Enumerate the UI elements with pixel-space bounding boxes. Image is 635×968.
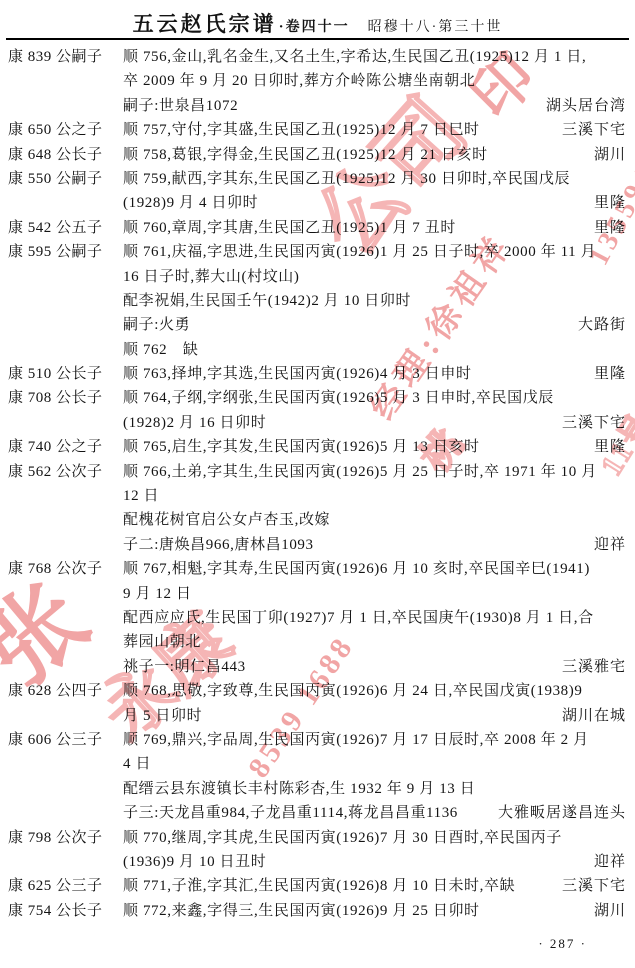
residence-place-label: 湖头居台湾	[546, 94, 626, 118]
record-text: 祧子一:明仁昌443	[123, 655, 246, 679]
record-row: 康 708 公长子 顺 764,子纲,字纲张,生民国丙寅(1926)5 月 3 …	[0, 386, 635, 410]
residence-place-label: 湖川	[594, 899, 626, 923]
record-row: (1936)9 月 10 日丑时 迎祥	[0, 850, 635, 874]
record-text: 顺 770,继周,字其虎,生民国丙寅(1926)7 月 30 日酉时,卒民国丙子	[123, 826, 562, 850]
father-reference-label: 康 550 公嗣子	[8, 167, 103, 191]
record-row: 4 日	[0, 752, 635, 776]
residence-place-label: 里隆	[594, 362, 626, 386]
record-text: 配槐花树官启公女卢杏玉,改嫁	[123, 508, 330, 532]
record-row: 康 550 公嗣子 顺 759,献西,字其东,生民国乙丑(1925)12 月 3…	[0, 167, 635, 191]
genealogy-page: 五云赵氏宗谱·卷四十一昭穆十八·第三十世 康 839 公嗣子 顺 756,金山,…	[0, 0, 635, 968]
record-row: 康 595 公嗣子 顺 761,庆福,字思进,生民国丙寅(1926)1 月 25…	[0, 240, 635, 264]
father-reference-label: 康 628 公四子	[8, 679, 103, 703]
record-row: 康 542 公五子 顺 760,章周,字其唐,生民国乙丑(1925)1 月 7 …	[0, 216, 635, 240]
record-text: 顺 771,子淮,字其汇,生民国丙寅(1926)8 月 10 日未时,卒缺	[123, 874, 515, 898]
father-reference-label: 康 562 公次子	[8, 460, 103, 484]
record-row: 康 648 公长子 顺 758,葛银,字得金,生民国乙丑(1925)12 月 2…	[0, 143, 635, 167]
record-row: 康 562 公次子 顺 766,土弟,字其生,生民国丙寅(1926)5 月 25…	[0, 460, 635, 484]
record-text: 顺 761,庆福,字思进,生民国丙寅(1926)1 月 25 日子时,卒 200…	[123, 240, 596, 264]
record-row: 12 日	[0, 484, 635, 508]
record-text: 葬园山朝北	[123, 630, 201, 654]
record-row: 康 510 公长子 顺 763,择坤,字其选,生民国丙寅(1926)4 月 3 …	[0, 362, 635, 386]
father-reference-label: 康 606 公三子	[8, 728, 103, 752]
record-row: 康 628 公四子 顺 768,思敬,字致尊,生民国丙寅(1926)6 月 24…	[0, 679, 635, 703]
record-row: 葬园山朝北	[0, 630, 635, 654]
record-row: 康 650 公之子 顺 757,守付,字其盛,生民国乙丑(1925)12 月 7…	[0, 118, 635, 142]
residence-place-label: 三溪下宅	[562, 874, 626, 898]
residence-place-label: 迎祥	[594, 533, 626, 557]
residence-place-label: 湖川	[594, 143, 626, 167]
record-text: 嗣子:世泉昌1072	[123, 94, 238, 118]
record-text: 顺 756,金山,乳名金生,又名土生,字希达,生民国乙丑(1925)12 月 1…	[123, 45, 586, 69]
record-row: 康 740 公之子 顺 765,启生,字其发,生民国丙寅(1926)5 月 13…	[0, 435, 635, 459]
father-reference-label: 康 768 公次子	[8, 557, 103, 581]
record-text: 顺 765,启生,字其发,生民国丙寅(1926)5 月 13 日亥时	[123, 435, 480, 459]
record-text: 配缙云县东渡镇长丰村陈彩杏,生 1932 年 9 月 13 日	[123, 777, 475, 801]
residence-place-label: 大路街	[578, 313, 626, 337]
record-row: 康 768 公次子 顺 767,相魁,字其寿,生民国丙寅(1926)6 月 10…	[0, 557, 635, 581]
father-reference-label: 康 595 公嗣子	[8, 240, 103, 264]
father-reference-label: 康 648 公长子	[8, 143, 103, 167]
record-row: 子三:天龙昌重984,子龙昌重1114,蒋龙昌昌重1136 大雅畈居遂昌连头	[0, 801, 635, 825]
record-text: 顺 759,献西,字其东,生民国乙丑(1925)12 月 30 日卯时,卒民国戊…	[123, 167, 570, 191]
record-text: 月 5 日卯时	[123, 704, 202, 728]
record-row: 祧子一:明仁昌443 三溪雅宅	[0, 655, 635, 679]
record-text: 卒 2009 年 9 月 20 日卯时,葬方介岭陈公塘坐南朝北	[123, 69, 475, 93]
record-text: (1936)9 月 10 日丑时	[123, 850, 266, 874]
record-row: 康 606 公三子 顺 769,鼎兴,字品周,生民国丙寅(1926)7 月 17…	[0, 728, 635, 752]
father-reference-label: 康 708 公长子	[8, 386, 103, 410]
record-row: 配李祝娟,生民国壬午(1942)2 月 10 日卯时	[0, 289, 635, 313]
page-header: 五云赵氏宗谱·卷四十一昭穆十八·第三十世	[0, 8, 635, 38]
record-text: 顺 764,子纲,字纲张,生民国丙寅(1926)5 月 3 日申时,卒民国戊辰	[123, 386, 554, 410]
record-text: 配李祝娟,生民国壬午(1942)2 月 10 日卯时	[123, 289, 411, 313]
record-row: (1928)9 月 4 日卯时 里隆	[0, 191, 635, 215]
record-text: 子二:唐焕昌966,唐林昌1093	[123, 533, 314, 557]
record-row: 卒 2009 年 9 月 20 日卯时,葬方介岭陈公塘坐南朝北	[0, 69, 635, 93]
record-text: 顺 757,守付,字其盛,生民国乙丑(1925)12 月 7 日巳时	[123, 118, 480, 142]
record-row: 康 798 公次子 顺 770,继周,字其虎,生民国丙寅(1926)7 月 30…	[0, 826, 635, 850]
record-text: 顺 763,择坤,字其选,生民国丙寅(1926)4 月 3 日申时	[123, 362, 472, 386]
residence-place-label: 三溪下宅	[562, 118, 626, 142]
record-text: 子三:天龙昌重984,子龙昌重1114,蒋龙昌昌重1136	[123, 801, 458, 825]
record-text: 顺 772,来鑫,字得三,生民国丙寅(1926)9 月 25 日卯时	[123, 899, 480, 923]
residence-place-label: 大雅畈居遂昌连头	[498, 801, 626, 825]
record-row: (1928)2 月 16 日卯时 三溪下宅	[0, 411, 635, 435]
record-row: 顺 762 缺	[0, 338, 635, 362]
father-reference-label: 康 650 公之子	[8, 118, 103, 142]
residence-place-label: 三溪雅宅	[562, 655, 626, 679]
record-text: (1928)9 月 4 日卯时	[123, 191, 258, 215]
record-row: 康 625 公三子 顺 771,子淮,字其汇,生民国丙寅(1926)8 月 10…	[0, 874, 635, 898]
generation-section-label: 昭穆十八·第三十世	[368, 20, 503, 35]
record-text: 嗣子:火勇	[123, 313, 190, 337]
header-divider-line	[6, 38, 629, 40]
father-reference-label: 康 798 公次子	[8, 826, 103, 850]
father-reference-label: 康 625 公三子	[8, 874, 103, 898]
record-text: 顺 758,葛银,字得金,生民国乙丑(1925)12 月 21 日亥时	[123, 143, 488, 167]
father-reference-label: 康 754 公长子	[8, 899, 103, 923]
records-list: 康 839 公嗣子 顺 756,金山,乳名金生,又名土生,字希达,生民国乙丑(1…	[0, 45, 635, 923]
volume-label: 卷四十一	[286, 20, 350, 35]
record-text: (1928)2 月 16 日卯时	[123, 411, 266, 435]
page-number: · 287 ·	[538, 936, 587, 952]
residence-place-label: 里隆	[594, 435, 626, 459]
father-reference-label: 康 510 公长子	[8, 362, 103, 386]
record-row: 康 839 公嗣子 顺 756,金山,乳名金生,又名土生,字希达,生民国乙丑(1…	[0, 45, 635, 69]
record-row: 配槐花树官启公女卢杏玉,改嫁	[0, 508, 635, 532]
residence-place-label: 里隆	[594, 216, 626, 240]
record-row: 配缙云县东渡镇长丰村陈彩杏,生 1932 年 9 月 13 日	[0, 777, 635, 801]
book-title: 五云赵氏宗谱	[133, 12, 277, 36]
record-row: 配西应应氏,生民国丁卯(1927)7 月 1 日,卒民国庚午(1930)8 月 …	[0, 606, 635, 630]
father-reference-label: 康 542 公五子	[8, 216, 103, 240]
residence-place-label: 里隆	[594, 191, 626, 215]
record-text: 顺 760,章周,字其唐,生民国乙丑(1925)1 月 7 丑时	[123, 216, 456, 240]
residence-place-label: 迎祥	[594, 850, 626, 874]
record-text: 顺 768,思敬,字致尊,生民国丙寅(1926)6 月 24 日,卒民国戊寅(1…	[123, 679, 582, 703]
record-row: 月 5 日卯时 湖川在城	[0, 704, 635, 728]
record-text: 9 月 12 日	[123, 582, 192, 606]
record-text: 16 日子时,葬大山(村坟山)	[123, 265, 300, 289]
record-row: 嗣子:火勇 大路街	[0, 313, 635, 337]
record-text: 4 日	[123, 752, 151, 776]
record-text: 顺 762 缺	[123, 338, 198, 362]
record-text: 顺 767,相魁,字其寿,生民国丙寅(1926)6 月 10 亥时,卒民国辛巳(…	[123, 557, 590, 581]
record-text: 顺 766,土弟,字其生,生民国丙寅(1926)5 月 25 日子时,卒 197…	[123, 460, 597, 484]
record-text: 配西应应氏,生民国丁卯(1927)7 月 1 日,卒民国庚午(1930)8 月 …	[123, 606, 594, 630]
record-text: 顺 769,鼎兴,字品周,生民国丙寅(1926)7 月 17 日辰时,卒 200…	[123, 728, 589, 752]
record-row: 嗣子:世泉昌1072 湖头居台湾	[0, 94, 635, 118]
record-row: 子二:唐焕昌966,唐林昌1093 迎祥	[0, 533, 635, 557]
residence-place-label: 三溪下宅	[562, 411, 626, 435]
record-row: 16 日子时,葬大山(村坟山)	[0, 265, 635, 289]
record-text: 12 日	[123, 484, 159, 508]
father-reference-label: 康 839 公嗣子	[8, 45, 103, 69]
record-row: 康 754 公长子 顺 772,来鑫,字得三,生民国丙寅(1926)9 月 25…	[0, 899, 635, 923]
record-row: 9 月 12 日	[0, 582, 635, 606]
residence-place-label: 湖川在城	[562, 704, 626, 728]
father-reference-label: 康 740 公之子	[8, 435, 103, 459]
title-separator-dot: ·	[279, 19, 284, 35]
